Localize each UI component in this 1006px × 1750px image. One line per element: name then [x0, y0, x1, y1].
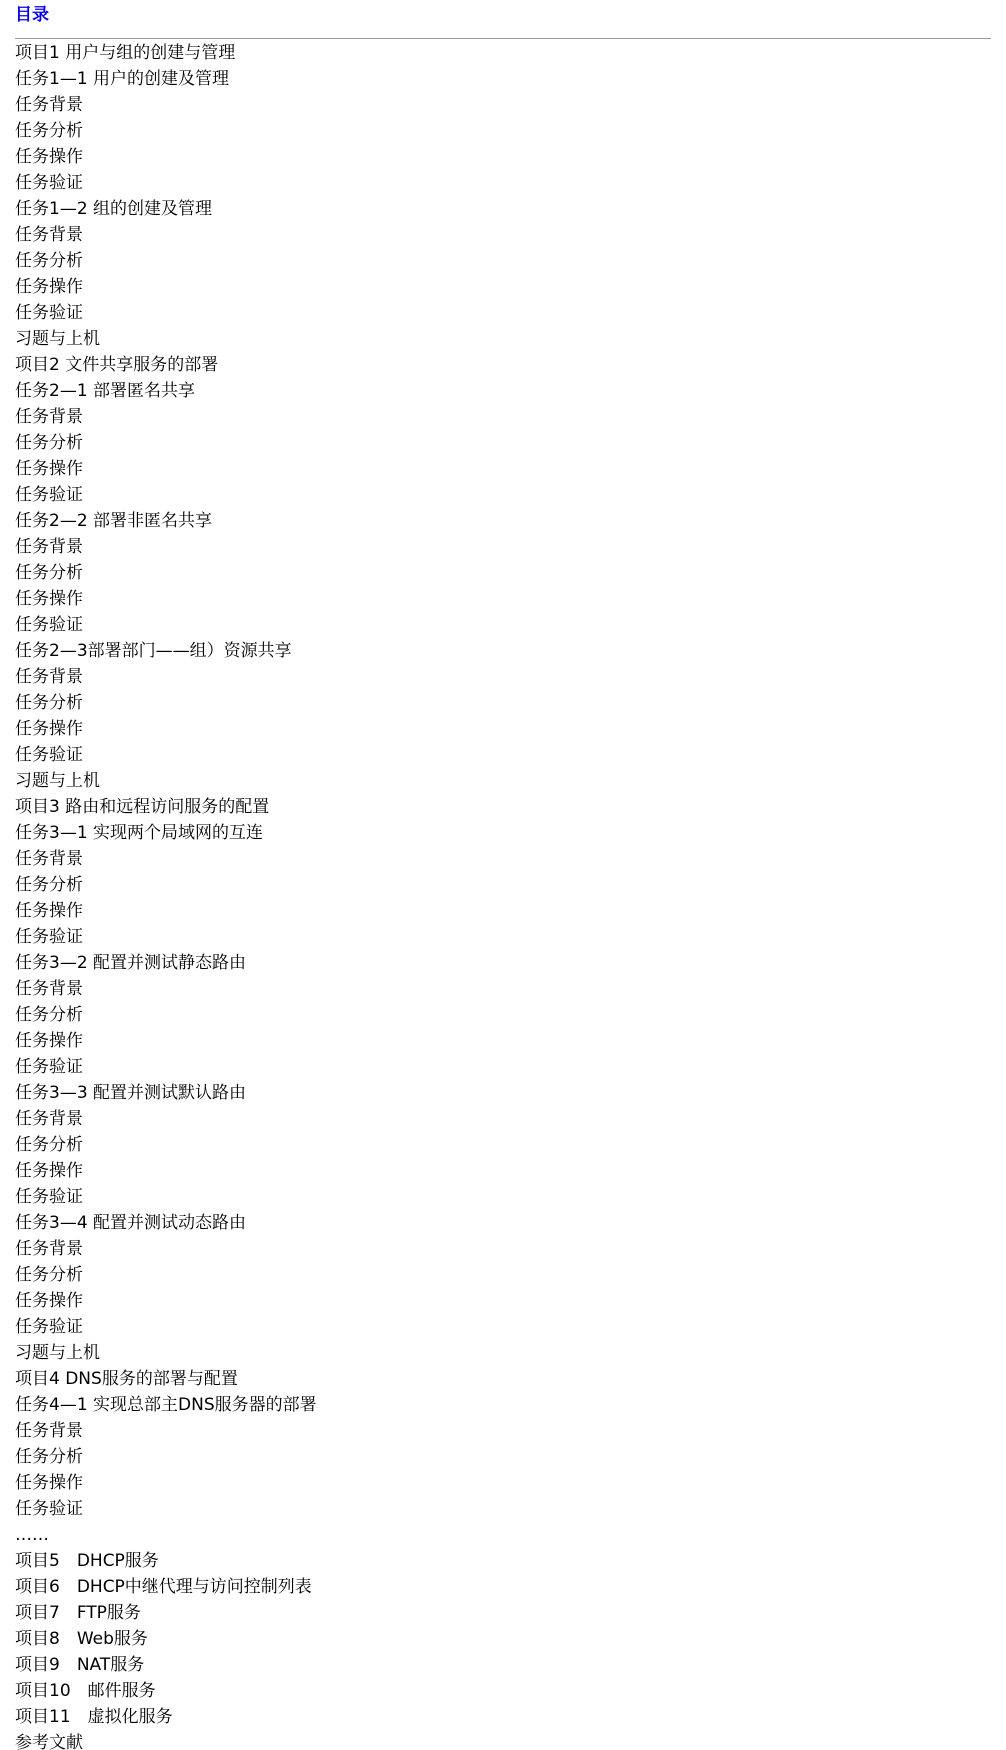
- toc-item: 任务操作: [15, 456, 317, 482]
- toc-item: 项目1 用户与组的创建与管理: [15, 40, 317, 66]
- toc-item: 习题与上机: [15, 768, 317, 794]
- toc-item: 项目6 DHCP中继代理与访问控制列表: [15, 1574, 317, 1600]
- toc-item: 任务验证: [15, 1054, 317, 1080]
- toc-item: 任务操作: [15, 1288, 317, 1314]
- toc-item: 任务背景: [15, 976, 317, 1002]
- toc-item: 任务分析: [15, 118, 317, 144]
- toc-item: 任务验证: [15, 924, 317, 950]
- toc-item: 任务操作: [15, 144, 317, 170]
- toc-item: 任务操作: [15, 1470, 317, 1496]
- toc-item: 任务验证: [15, 612, 317, 638]
- toc-item: 任务背景: [15, 1236, 317, 1262]
- toc-item: 任务2—2 部署非匿名共享: [15, 508, 317, 534]
- toc-item: 任务分析: [15, 248, 317, 274]
- toc-item: ……: [15, 1522, 317, 1548]
- toc-item: 任务背景: [15, 222, 317, 248]
- toc-list: 项目1 用户与组的创建与管理任务1—1 用户的创建及管理任务背景任务分析任务操作…: [15, 40, 317, 1750]
- toc-item: 任务验证: [15, 300, 317, 326]
- toc-item: 任务背景: [15, 92, 317, 118]
- toc-item: 参考文献: [15, 1730, 317, 1750]
- toc-item: 任务分析: [15, 430, 317, 456]
- toc-item: 任务验证: [15, 1314, 317, 1340]
- toc-item: 任务背景: [15, 664, 317, 690]
- toc-item: 任务分析: [15, 560, 317, 586]
- toc-item: 任务分析: [15, 1262, 317, 1288]
- toc-item: 项目11 虚拟化服务: [15, 1704, 317, 1730]
- toc-item: 任务背景: [15, 1418, 317, 1444]
- toc-item: 任务操作: [15, 898, 317, 924]
- toc-item: 任务背景: [15, 846, 317, 872]
- toc-item: 任务操作: [15, 586, 317, 612]
- toc-item: 任务验证: [15, 482, 317, 508]
- toc-item: 任务背景: [15, 404, 317, 430]
- toc-item: 任务验证: [15, 1496, 317, 1522]
- toc-item: 任务分析: [15, 1132, 317, 1158]
- toc-title: 目录: [15, 4, 49, 26]
- toc-item: 任务验证: [15, 1184, 317, 1210]
- toc-item: 项目10 邮件服务: [15, 1678, 317, 1704]
- toc-item: 任务操作: [15, 274, 317, 300]
- toc-item: 任务操作: [15, 1158, 317, 1184]
- toc-item: 项目2 文件共享服务的部署: [15, 352, 317, 378]
- toc-item: 任务3—1 实现两个局域网的互连: [15, 820, 317, 846]
- toc-item: 项目4 DNS服务的部署与配置: [15, 1366, 317, 1392]
- toc-item: 任务3—4 配置并测试动态路由: [15, 1210, 317, 1236]
- toc-item: 项目9 NAT服务: [15, 1652, 317, 1678]
- toc-item: 项目3 路由和远程访问服务的配置: [15, 794, 317, 820]
- toc-item: 任务3—3 配置并测试默认路由: [15, 1080, 317, 1106]
- toc-item: 任务操作: [15, 1028, 317, 1054]
- toc-item: 任务分析: [15, 1002, 317, 1028]
- toc-item: 任务1—1 用户的创建及管理: [15, 66, 317, 92]
- toc-item: 任务2—1 部署匿名共享: [15, 378, 317, 404]
- toc-item: 任务4—1 实现总部主DNS服务器的部署: [15, 1392, 317, 1418]
- title-divider: [15, 38, 991, 39]
- toc-item: 任务验证: [15, 742, 317, 768]
- toc-item: 任务背景: [15, 534, 317, 560]
- toc-item: 任务2—3部署部门——组）资源共享: [15, 638, 317, 664]
- toc-item: 项目7 FTP服务: [15, 1600, 317, 1626]
- toc-item: 任务1—2 组的创建及管理: [15, 196, 317, 222]
- toc-item: 任务分析: [15, 690, 317, 716]
- toc-item: 任务验证: [15, 170, 317, 196]
- toc-item: 习题与上机: [15, 326, 317, 352]
- toc-item: 任务分析: [15, 872, 317, 898]
- toc-item: 习题与上机: [15, 1340, 317, 1366]
- toc-item: 任务操作: [15, 716, 317, 742]
- toc-item: 任务3—2 配置并测试静态路由: [15, 950, 317, 976]
- toc-item: 项目8 Web服务: [15, 1626, 317, 1652]
- toc-item: 项目5 DHCP服务: [15, 1548, 317, 1574]
- toc-item: 任务分析: [15, 1444, 317, 1470]
- toc-item: 任务背景: [15, 1106, 317, 1132]
